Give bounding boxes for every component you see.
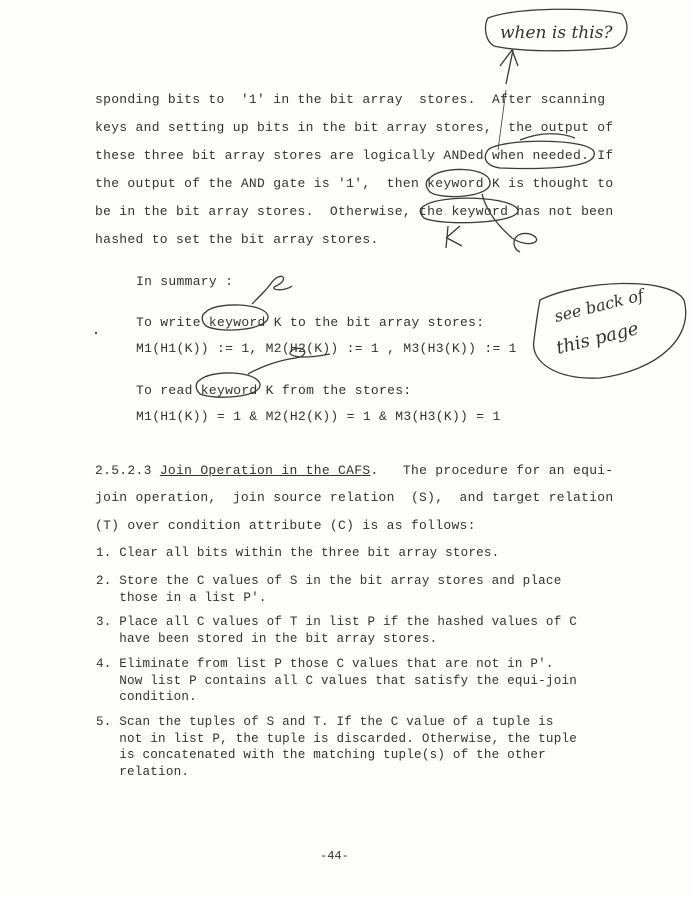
text-line: keys and setting up bits in the bit arra… [95,120,613,135]
section-intro-tail: . The procedure for an equi- [370,463,613,478]
annotation-top-note: when is this? [500,23,613,43]
stray-mark-dot [95,332,97,334]
section-number: 2.5.2.3 [95,463,152,478]
list-item: 3. Place all C values of T in list P if … [96,614,577,647]
text-line: (T) over condition attribute (C) is as f… [95,518,476,533]
section-heading-line: 2.5.2.3 Join Operation in the CAFS. The … [95,463,614,478]
summary-heading: In summary : [136,274,233,289]
annotation-side-line2: this page [554,318,641,359]
read-formula: M1(H1(K)) = 1 & M2(H2(K)) = 1 & M3(H3(K)… [136,409,501,424]
text-line: hashed to set the bit array stores. [95,232,379,247]
arrow-up-icon [500,50,518,66]
callout-bubble-icon [486,9,627,51]
annotation-side-line1: see back of [552,285,648,326]
list-item: 2. Store the C values of S in the bit ar… [96,573,561,606]
text-line: the output of the AND gate is '1', then … [95,176,613,191]
text-line: sponding bits to '1' in the bit array st… [95,92,605,107]
write-formula: M1(H1(K)) := 1, M2(H2(K)) := 1 , M3(H3(K… [136,341,517,356]
text-line: be in the bit array stores. Otherwise, t… [95,204,613,219]
list-item: 1. Clear all bits within the three bit a… [96,545,499,562]
section-title: Join Operation in the CAFS [160,463,371,478]
page-number: -44- [320,849,349,863]
write-label: To write keyword K to the bit array stor… [136,315,484,330]
list-item: 5. Scan the tuples of S and T. If the C … [96,714,577,780]
list-item: 4. Eliminate from list P those C values … [96,656,577,706]
text-line: join operation, join source relation (S)… [95,490,613,505]
text-line: these three bit array stores are logical… [95,148,613,163]
read-label: To read keyword K from the stores: [136,383,411,398]
